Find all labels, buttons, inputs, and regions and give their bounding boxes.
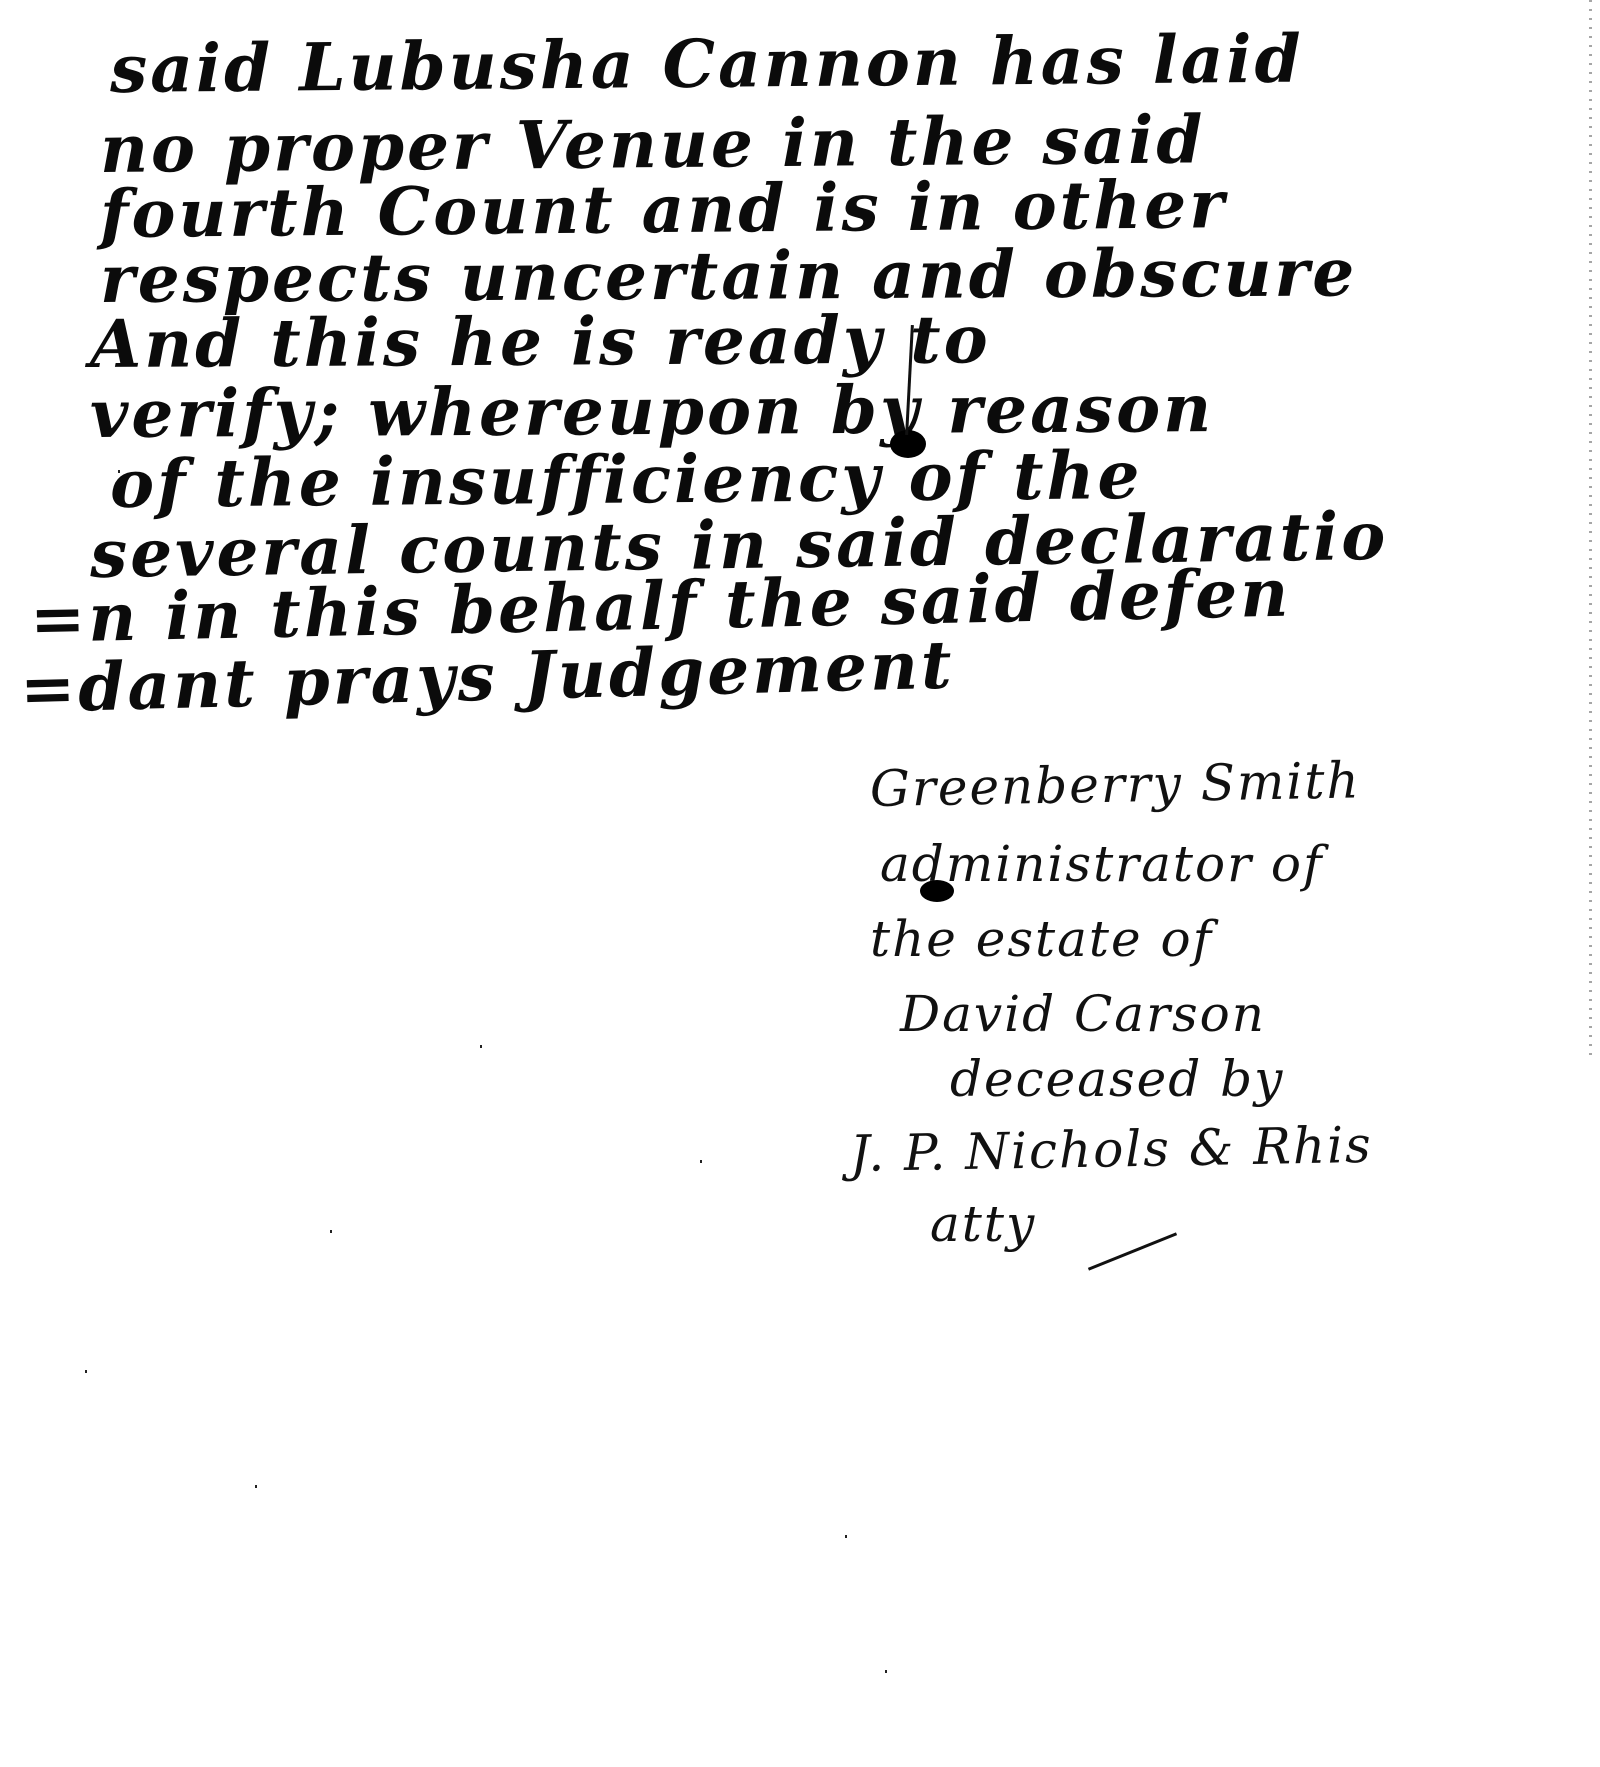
scan-speck (118, 470, 120, 473)
signature-line-3: the estate of (870, 910, 1213, 968)
scan-speck (480, 1045, 482, 1048)
scan-speck (330, 1230, 332, 1233)
scan-speck (85, 1370, 87, 1373)
signature-line-6: J. P. Nichols & Rhis (849, 1116, 1373, 1183)
scan-speck (255, 1485, 257, 1488)
signature-line-7: atty (930, 1195, 1036, 1253)
page-edge-scan-artifact (1589, 0, 1592, 1060)
scan-speck (700, 1160, 702, 1163)
body-line-1: said Lubusha Cannon has laid (110, 20, 1304, 108)
signature-line-1: Greenberry Smith (869, 751, 1361, 818)
scan-speck (885, 1670, 887, 1673)
signature-flourish (1088, 1232, 1177, 1270)
signature-line-2: administrator of (880, 835, 1323, 893)
signature-line-5: deceased by (950, 1050, 1284, 1108)
signature-line-4: David Carson (900, 985, 1266, 1043)
document-page: said Lubusha Cannon has laid no proper V… (0, 0, 1600, 1767)
scan-speck (845, 1535, 847, 1538)
